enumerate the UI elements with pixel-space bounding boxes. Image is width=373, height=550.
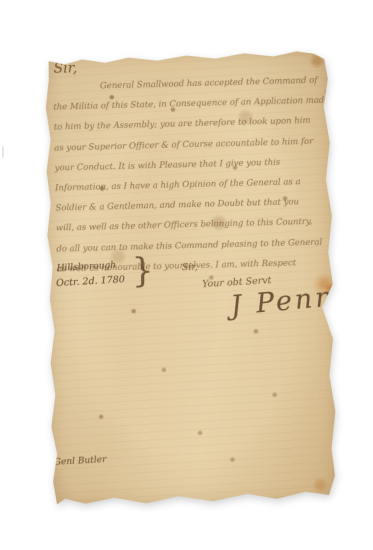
dateline-date: Octr. 2d. 1780 [56, 274, 125, 289]
letter-photo: Sir, General Smallwood has accepted the … [0, 0, 373, 550]
docket-note: Genl Butler [54, 455, 107, 468]
paper-sheet: Sir, General Smallwood has accepted the … [41, 47, 340, 509]
dateline-brace: } [131, 251, 153, 291]
closing-sir: Sir, [182, 262, 198, 273]
background-mark [2, 146, 4, 158]
salutation: Sir, [53, 60, 77, 76]
paper-sheet-wrapper: Sir, General Smallwood has accepted the … [41, 47, 340, 509]
letter-body: General Smallwood has accepted the Comma… [53, 71, 329, 279]
